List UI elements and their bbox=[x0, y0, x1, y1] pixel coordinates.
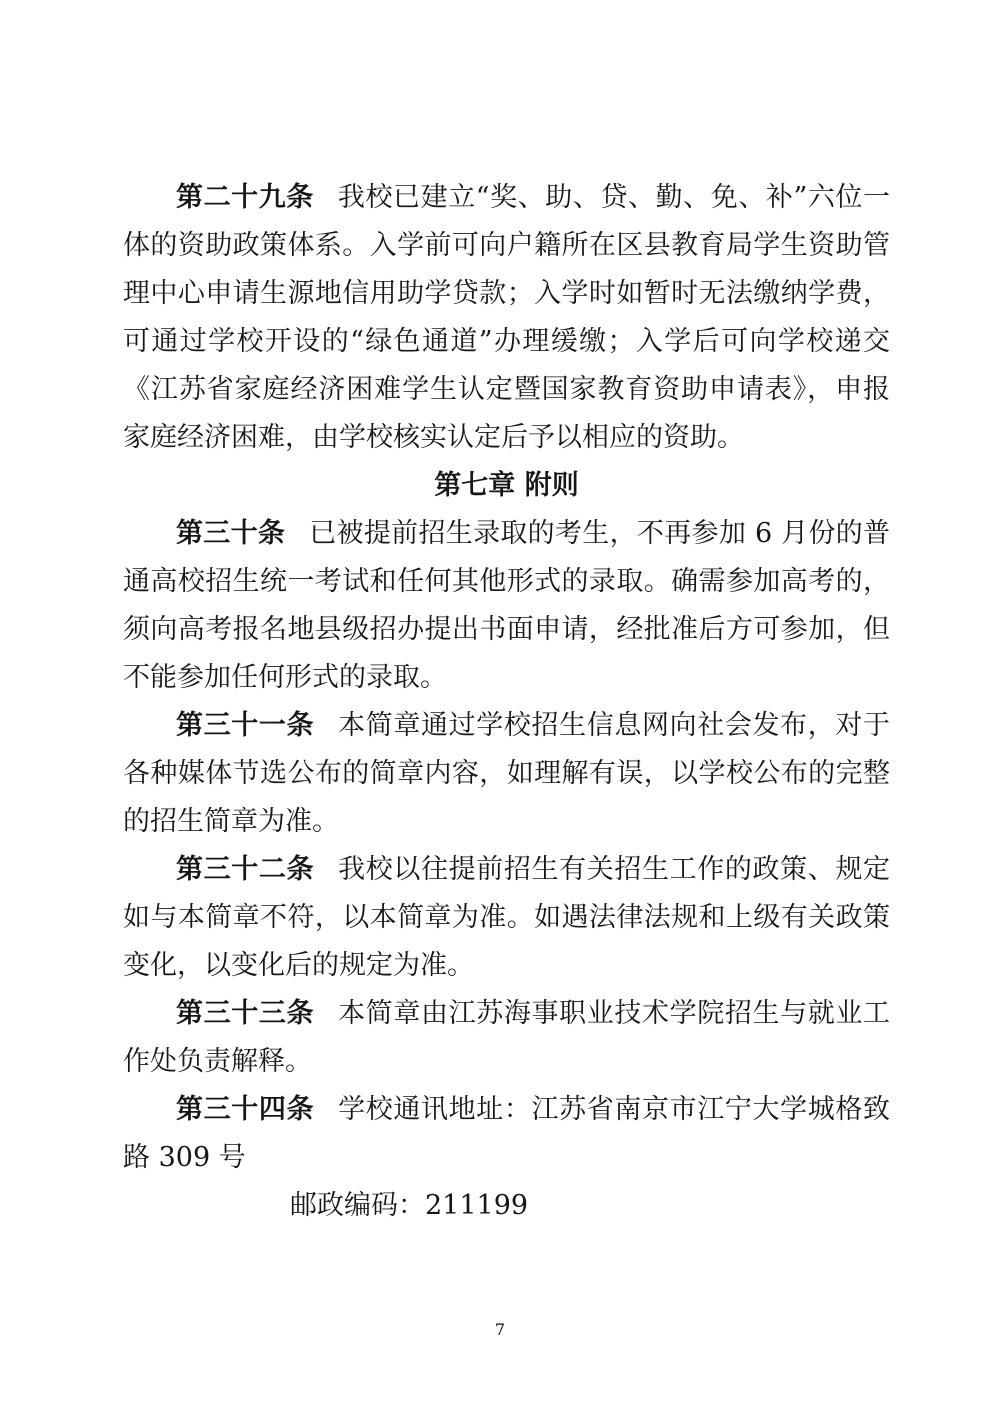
text-line: 第三十四条学校通讯地址：江苏省南京市江宁大学城格致 bbox=[123, 1086, 890, 1134]
text-line: 变化，以变化后的规定为准。 bbox=[123, 942, 890, 990]
text-line: 通高校招生统一考试和任何其他形式的录取。确需参加高考的， bbox=[123, 558, 890, 606]
text-line: 不能参加任何形式的录取。 bbox=[123, 654, 890, 702]
line-text: 我校已建立“奖、助、贷、勤、免、补”六位一 bbox=[338, 182, 890, 213]
text-line: 第二十九条我校已建立“奖、助、贷、勤、免、补”六位一 bbox=[123, 174, 890, 222]
document-body: 第二十九条我校已建立“奖、助、贷、勤、免、补”六位一 体的资助政策体系。入学前可… bbox=[123, 174, 890, 1230]
text-line: 家庭经济困难，由学校核实认定后予以相应的资助。 bbox=[123, 414, 890, 462]
article-number-34: 第三十四条 bbox=[176, 1094, 338, 1125]
text-line: 《江苏省家庭经济困难学生认定暨国家教育资助申请表》，申报 bbox=[123, 366, 890, 414]
text-line: 如与本简章不符，以本简章为准。如遇法律法规和上级有关政策 bbox=[123, 894, 890, 942]
article-number-31: 第三十一条 bbox=[176, 710, 338, 741]
text-line: 第三十一条本简章通过学校招生信息网向社会发布，对于 bbox=[123, 702, 890, 750]
line-text: 学校通讯地址：江苏省南京市江宁大学城格致 bbox=[338, 1094, 890, 1125]
text-line: 体的资助政策体系。入学前可向户籍所在区县教育局学生资助管 bbox=[123, 222, 890, 270]
chapter-heading: 第七章 附则 bbox=[123, 462, 890, 510]
postal-code-line: 邮政编码：211199 bbox=[123, 1182, 890, 1230]
page-number: 7 bbox=[0, 1320, 1000, 1340]
document-page: 第二十九条我校已建立“奖、助、贷、勤、免、补”六位一 体的资助政策体系。入学前可… bbox=[0, 0, 1000, 1413]
line-text: 我校以往提前招生有关招生工作的政策、规定 bbox=[338, 854, 890, 885]
line-text: 本简章通过学校招生信息网向社会发布，对于 bbox=[338, 710, 890, 741]
text-line: 第三十二条我校以往提前招生有关招生工作的政策、规定 bbox=[123, 846, 890, 894]
text-line: 各种媒体节选公布的简章内容，如理解有误，以学校公布的完整 bbox=[123, 750, 890, 798]
line-text: 本简章由江苏海事职业技术学院招生与就业工 bbox=[338, 998, 890, 1029]
text-line: 路 309 号 bbox=[123, 1134, 890, 1182]
article-number-29: 第二十九条 bbox=[176, 182, 338, 213]
line-text: 已被提前招生录取的考生，不再参加 6 月份的普 bbox=[309, 518, 890, 549]
text-line: 理中心申请生源地信用助学贷款；入学时如暂时无法缴纳学费， bbox=[123, 270, 890, 318]
text-line: 第三十三条本简章由江苏海事职业技术学院招生与就业工 bbox=[123, 990, 890, 1038]
text-line: 第三十条已被提前招生录取的考生，不再参加 6 月份的普 bbox=[123, 510, 890, 558]
article-number-33: 第三十三条 bbox=[176, 998, 338, 1029]
text-line: 的招生简章为准。 bbox=[123, 798, 890, 846]
article-number-30: 第三十条 bbox=[176, 518, 309, 549]
article-number-32: 第三十二条 bbox=[176, 854, 338, 885]
text-line: 可通过学校开设的“绿色通道”办理缓缴；入学后可向学校递交 bbox=[123, 318, 890, 366]
text-line: 须向高考报名地县级招办提出书面申请，经批准后方可参加，但 bbox=[123, 606, 890, 654]
text-line: 作处负责解释。 bbox=[123, 1038, 890, 1086]
